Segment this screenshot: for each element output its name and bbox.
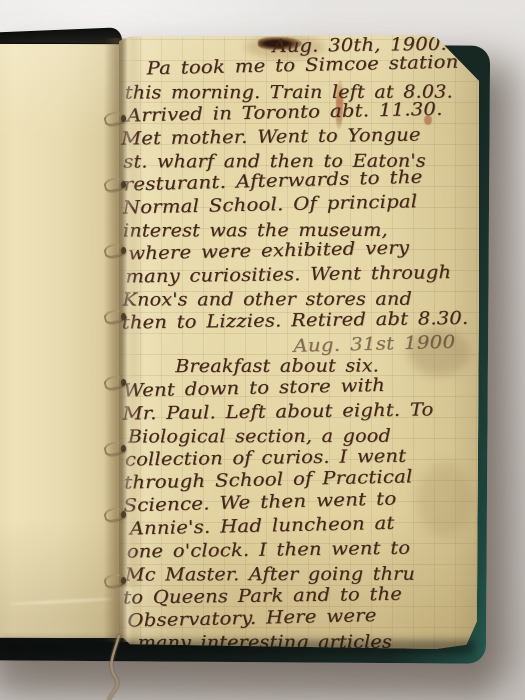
bookmark-thread (0, 0, 525, 700)
photo-of-open-diary: Aug. 30th, 1900. Pa took me to Simcoe st… (0, 0, 525, 700)
